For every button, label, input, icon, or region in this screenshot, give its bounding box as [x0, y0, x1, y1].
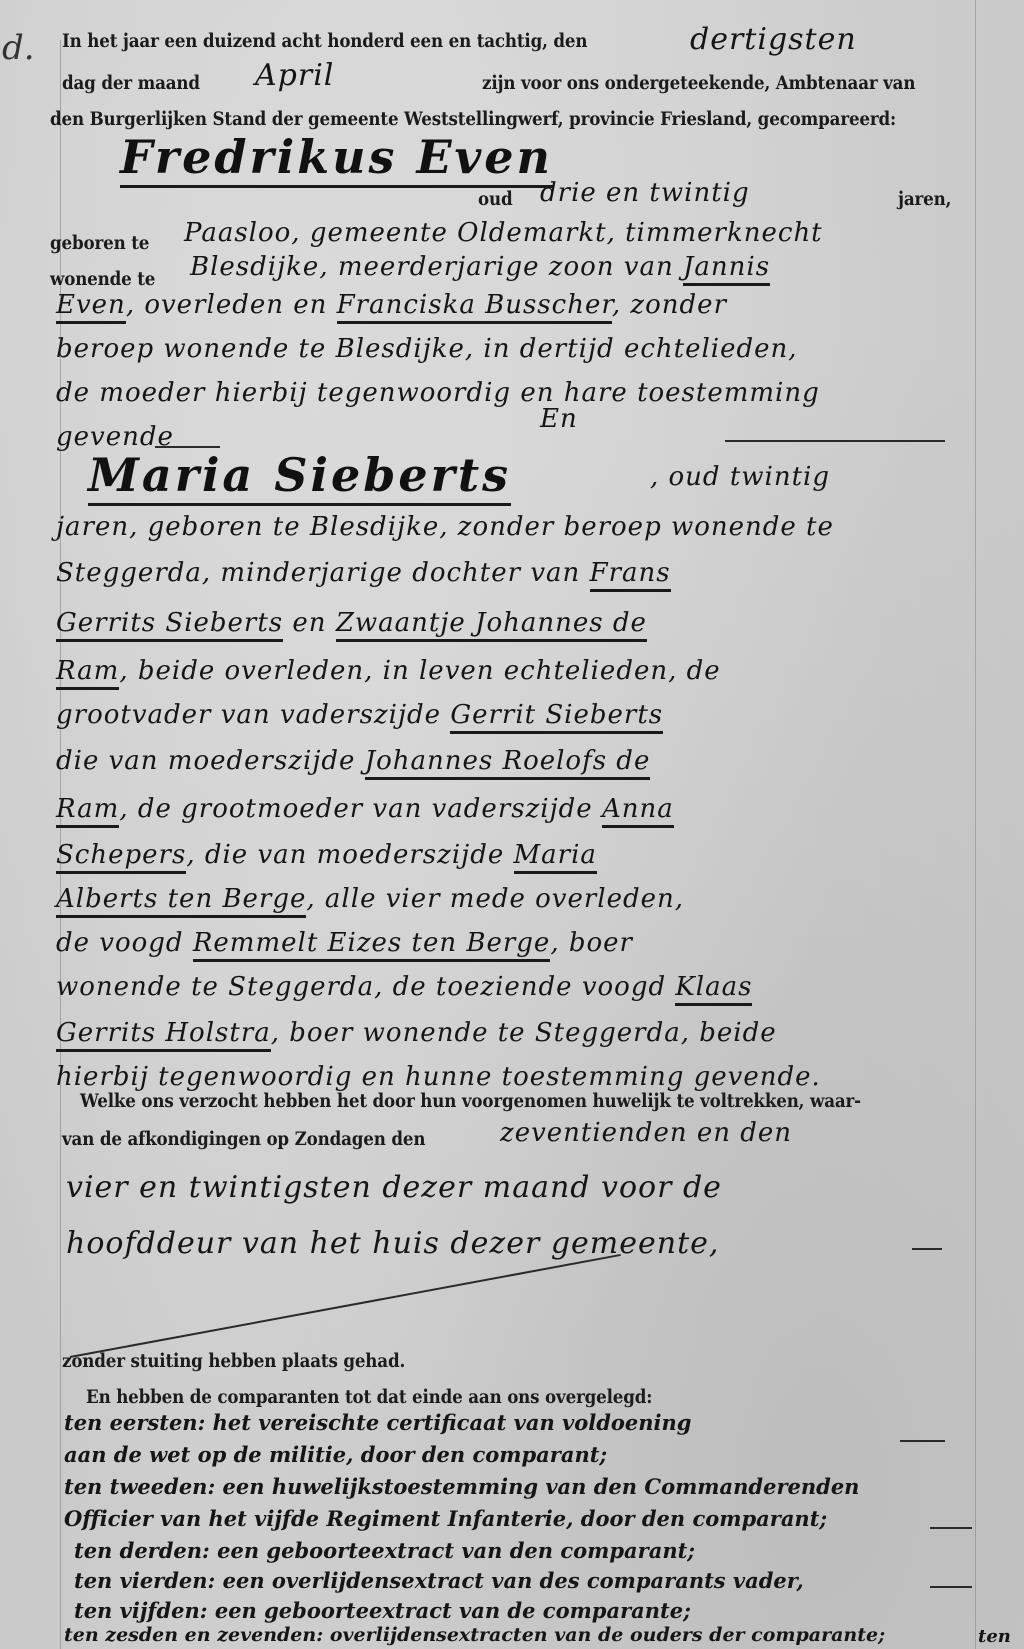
- bride-line-8: Schepers, die van moederszijde Maria: [56, 840, 597, 870]
- document-item-3: ten tweeden: een huwelijkstoestemming va…: [64, 1474, 859, 1499]
- groom-birthplace: Paasloo, gemeente Oldemarkt, timmerknech…: [184, 218, 823, 248]
- connector-en: En: [540, 404, 578, 434]
- groom-father-last: Even: [56, 290, 126, 324]
- groom-father-first: Jannis: [683, 252, 770, 286]
- bride-name: Maria Sieberts: [88, 448, 511, 502]
- filler-dash: [930, 1527, 972, 1529]
- document-item-8: ten zesden en zevenden: overlijdensextra…: [64, 1624, 885, 1646]
- printed-text: den Burgerlijken Stand der gemeente West…: [50, 108, 896, 130]
- banns-location: hoofddeur van het huis dezer gemeente,: [66, 1226, 719, 1261]
- bride-father-rest: Gerrits Sieberts: [56, 608, 283, 642]
- documents-intro: En hebben de comparanten tot dat einde a…: [86, 1386, 730, 1408]
- printed-text: In het jaar een duizend acht honderd een…: [62, 30, 587, 52]
- groom-mother-name: Franciska Busscher: [337, 290, 612, 324]
- bride-line-7: Ram, de grootmoeder van vaderszijde Anna: [56, 794, 674, 824]
- maternal-grandmother-b: Alberts ten Berge: [56, 884, 306, 918]
- document-item-1: ten eersten: het vereischte certificaat …: [64, 1410, 692, 1435]
- banns-dates-2: vier en twintigsten dezer maand voor de: [66, 1170, 722, 1205]
- groom-age-suffix: jaren,: [898, 188, 959, 210]
- bride-age: , oud twintig: [650, 462, 830, 492]
- filler-dash: [900, 1440, 945, 1442]
- bride-father-first: Frans: [590, 558, 671, 592]
- groom-living-label: wonende te: [50, 268, 170, 290]
- document-item-5: ten derden: een geboorteextract van den …: [74, 1538, 695, 1563]
- marriage-record-page: d. In het jaar een duizend acht honderd …: [0, 0, 1024, 1649]
- document-item-7: ten vijfden: een geboorteextract van de …: [74, 1598, 691, 1623]
- document-item-6: ten vierden: een overlijdensextract van …: [74, 1568, 804, 1593]
- month-handwritten: April: [255, 58, 334, 93]
- opening-line-1: In het jaar een duizend acht honderd een…: [62, 30, 659, 52]
- banns-print-3: zonder stuiting hebben plaats gehad.: [62, 1350, 452, 1372]
- opening-line-2b: zijn voor ons ondergeteekende, Ambtenaar…: [482, 72, 974, 94]
- bride-line-9: Alberts ten Berge, alle vier mede overle…: [56, 884, 684, 914]
- bride-line-1: jaren, geboren te Blesdijke, zonder bero…: [56, 512, 834, 542]
- bride-line-12: Gerrits Holstra, boer wonende te Stegger…: [56, 1018, 777, 1048]
- margin-annotation: d.: [2, 28, 35, 68]
- document-item-4: Officier van het vijfde Regiment Infante…: [64, 1506, 827, 1531]
- groom-age-label: oud: [478, 188, 517, 210]
- groom-mother-occupation: beroep wonende te Blesdijke, in dertijd …: [56, 334, 798, 364]
- banns-print-2: van de afkondigingen op Zondagen den: [62, 1128, 475, 1150]
- groom-consent-line: de moeder hierbij tegenwoordig en hare t…: [56, 378, 820, 408]
- printed-text: dag der maand: [62, 72, 200, 94]
- paternal-grandmother-a: Anna: [602, 794, 674, 828]
- opening-line-2: dag der maand: [62, 72, 219, 94]
- bride-line-6: die van moederszijde Johannes Roelofs de: [56, 746, 650, 776]
- banns-dates-1: zeventienden en den: [500, 1118, 792, 1148]
- cancellation-stroke: [70, 1254, 621, 1358]
- bride-line-2: Steggerda, minderjarige dochter van Fran…: [56, 558, 671, 588]
- banns-print-1: Welke ons verzocht hebben het door hun v…: [80, 1090, 967, 1112]
- filler-dash: [725, 440, 945, 442]
- bride-mother-a: Zwaantje Johannes de: [336, 608, 647, 642]
- co-guardian-b: Gerrits Holstra: [56, 1018, 271, 1052]
- bride-line-13: hierbij tegenwoordig en hunne toestemmin…: [56, 1062, 821, 1092]
- opening-line-3: den Burgerlijken Stand der gemeente West…: [50, 108, 1011, 130]
- bride-line-11: wonende te Steggerda, de toeziende voogd…: [56, 972, 752, 1002]
- paternal-grandfather: Gerrit Sieberts: [450, 700, 663, 734]
- filler-dash: [912, 1248, 942, 1250]
- right-margin-rule: [975, 0, 976, 1649]
- groom-age: drie en twintig: [540, 178, 750, 208]
- filler-dash: [930, 1586, 972, 1588]
- bride-mother-b: Ram: [56, 656, 119, 690]
- groom-name: Fredrikus Even: [120, 130, 553, 184]
- bride-line-4: Ram, beide overleden, in leven echtelied…: [56, 656, 721, 686]
- maternal-grandfather-a: Johannes Roelofs de: [365, 746, 651, 780]
- bride-line-3: Gerrits Sieberts en Zwaantje Johannes de: [56, 608, 647, 638]
- groom-born-label: geboren te: [50, 232, 163, 254]
- bride-line-5: grootvader van vaderszijde Gerrit Sieber…: [56, 700, 663, 730]
- day-handwritten: dertigsten: [690, 22, 857, 57]
- bride-line-10: de voogd Remmelt Eizes ten Berge, boer: [56, 928, 633, 958]
- guardian-name: Remmelt Eizes ten Berge: [193, 928, 550, 962]
- document-item-2: aan de wet op de militie, door den compa…: [64, 1442, 607, 1467]
- printed-text: zijn voor ons ondergeteekende, Ambtenaar…: [482, 72, 915, 94]
- co-guardian-a: Klaas: [675, 972, 752, 1006]
- groom-parents-line: Even, overleden en Franciska Busscher, z…: [56, 290, 727, 320]
- groom-residence: Blesdijke, meerderjarige zoon van Jannis: [190, 252, 770, 282]
- maternal-grandfather-b: Ram: [56, 794, 119, 828]
- continuation-word: ten: [978, 1626, 1011, 1647]
- paternal-grandmother-b: Schepers: [56, 840, 186, 874]
- maternal-grandmother-a: Maria: [514, 840, 597, 874]
